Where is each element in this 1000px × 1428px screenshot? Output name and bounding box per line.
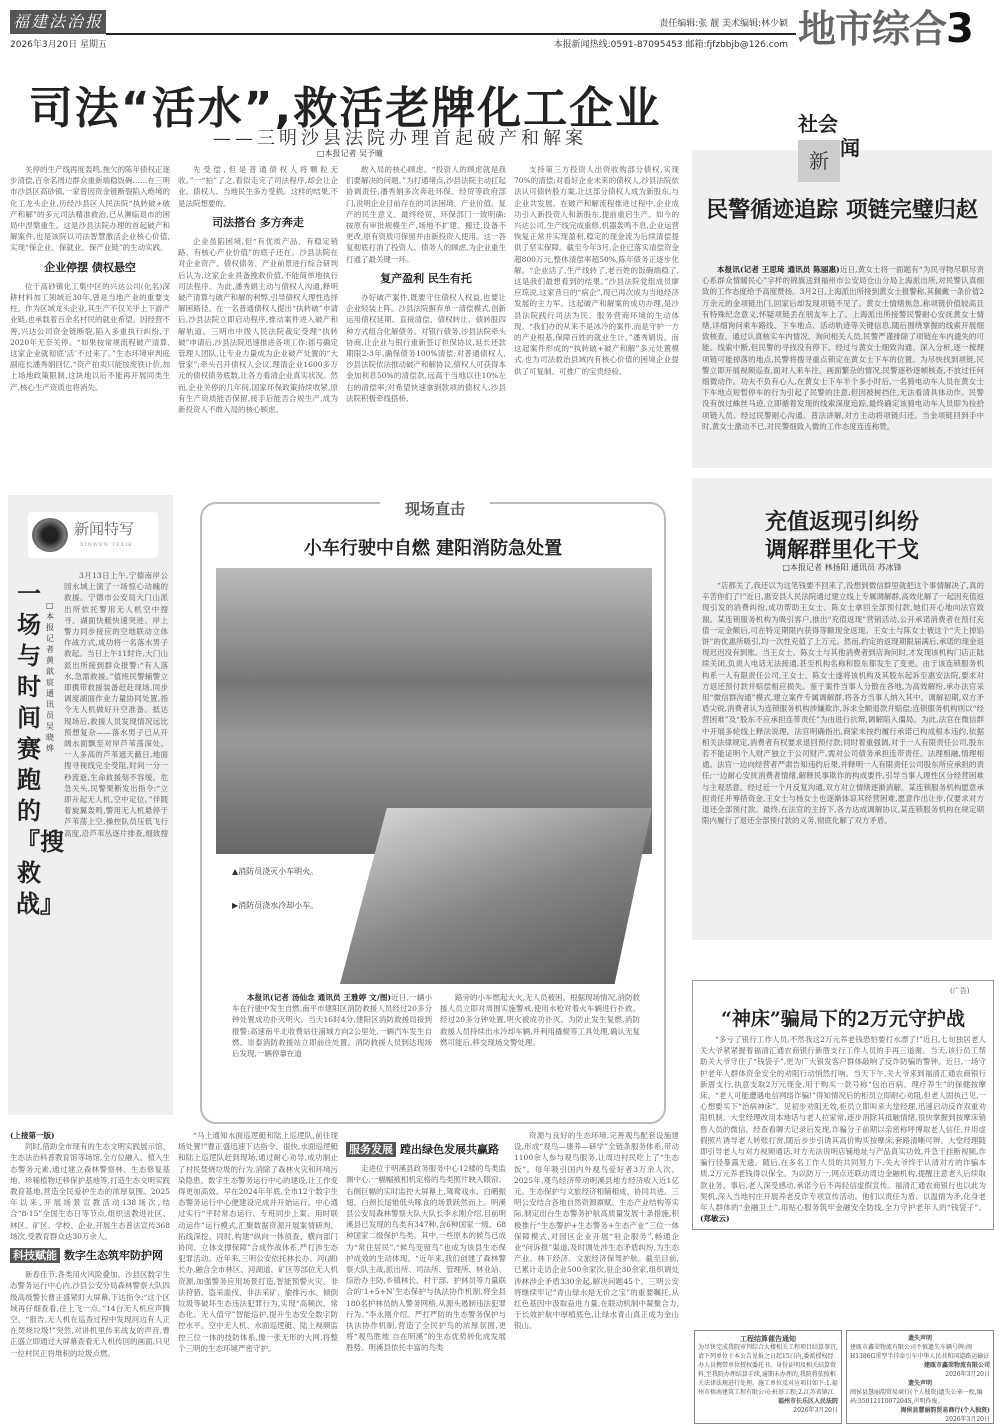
- notice-lost-title-2: 遗失声明: [850, 1379, 990, 1388]
- notice-settlement-sign: 福州市长乐区人民法院: [698, 1397, 838, 1406]
- scene-body-right: 路旁的小车燃起大火,无人员被困。根据现场情况,消防救援人员立即对周围实施警戒,使…: [440, 992, 640, 1072]
- eco-column-4: 资源与良好的生态环境,完善观鸟配套设施建设,形成“观鸟—康养—研学”全链条服务体…: [514, 1130, 679, 1420]
- lead-paragraph: 支持第三方投资人出资收购部分债权,实现70%的清偿;对看好企业未来的债权人,沙县…: [514, 164, 679, 377]
- notice-lost: 遗失声明 建瓯市鑫荣物流有限公司不慎遗失车辆号牌:闽H1386G重型半挂牵引车中…: [846, 1330, 994, 1424]
- eco-badge-1: 科技赋能: [10, 1248, 60, 1263]
- recharge-headline: 充值返现引纠纷调解群里化干戈: [692, 508, 992, 564]
- recharge-body: “店都关了,我还以为这笔钱要不回来了,没想到微信群里就把这个事情解决了,真的辛苦…: [702, 580, 984, 932]
- eco-subhead-1-text: 数字生态筑牢防护网: [64, 1249, 163, 1262]
- lead-subtitle: ——三明沙县法院办理首起破产和解案: [150, 124, 650, 150]
- social-news-byline: 本报讯(记者 王思琦 通讯员 陈丽惠): [717, 265, 840, 274]
- lead-column-3: 敢入局的核心顾虑。“投资人的顾虑就是我们要解决的问题。”为打通堵点,沙县法院主动…: [346, 164, 506, 482]
- photo-caption-1: ▲消防员浇灭小车明火。: [232, 866, 322, 878]
- feature-byline: □本报记者 黄歆宸 通讯员 吴晓烨: [46, 600, 58, 754]
- lead-column-1: 关停的生产线再度轰鸣,拖欠的陈年债权正逐步清偿,百余名周边群众重新端稳饭碗……在…: [10, 164, 170, 482]
- scene-headline: 小车行驶中自燃 建阳消防急处置: [200, 534, 666, 560]
- feature-text: 3月13日上午,宁德南岸公园水域上演了一场惊心动魄的救援。宁德市公安局大门山派出…: [64, 570, 168, 840]
- eco-paragraph: 新春佳节,各类用火风险叠加。沙县区数字生态警务运行中心内,沙县公安分局森林警察大…: [10, 1269, 170, 1359]
- eco-paragraph: “马上通知水面巡逻艇和陆上巡逻队,前往现场处置!”曹正盛迅速下达指令。很快,水面…: [178, 1130, 338, 1354]
- section-name: 地市综合: [798, 6, 946, 51]
- eco-column-3: 服务发展蹚出绿色发展共赢路 走进位于明溪县政务服务中心12楼的鸟类监测中心,一幅…: [346, 1130, 506, 1420]
- ad-tag: (广告): [950, 986, 969, 996]
- social-news-xin: 新: [798, 140, 840, 182]
- recharge-headline-line2: 调解群里化干戈: [692, 536, 992, 564]
- ad-body: “多亏了银行工作人员,不然我这2万元养老钱恐怕要打水漂了!”近日,七旬独居老人关…: [700, 1034, 986, 1224]
- eco-paragraph: 走进位于明溪县政务服务中心12楼的鸟类监测中心,一幅幅被相机定格的鸟类照片映入眼…: [346, 1163, 506, 1353]
- lead-subhead-3: 复产盈利 民生有托: [346, 273, 506, 284]
- social-news-label: 社会: [798, 108, 838, 137]
- lead-byline: □本报记者 吴予曈: [250, 148, 450, 159]
- notice-lost-title-1: 遗失声明: [850, 1334, 990, 1343]
- eco-subhead-1: 科技赋能数字生态筑牢防护网: [10, 1250, 170, 1261]
- scene-badge: 现场直击: [380, 496, 490, 522]
- social-news-body: 本报讯(记者 王思琦 通讯员 陈丽惠)近日,黄女士将一面题有“为民寻物尽职尽责 …: [702, 264, 984, 460]
- newspaper-logo: 福建法治报: [10, 10, 106, 34]
- eco-column-2: “马上通知水面巡逻艇和陆上巡逻队,前往现场处置!”曹正盛迅速下达指令。很快,水面…: [178, 1130, 338, 1420]
- ad-headline: “神床”骗局下的2万元守护战: [692, 1004, 994, 1031]
- eco-subhead-2-text: 蹚出绿色发展共赢路: [400, 1143, 499, 1156]
- eco-paragraph: 同时,借助全市现有的生态文明实践展示馆、生态法治科普教育馆等场馆,全方位融入、植…: [10, 1141, 170, 1242]
- lead-paragraph: 敢入局的核心顾虑。“投资人的顾虑就是我们要解决的问题。”为打通堵点,沙县法院主动…: [346, 164, 506, 265]
- ad-text: “多亏了银行工作人员,不然我这2万元养老钱恐怕要打水漂了!”近日,七旬独居老人关…: [700, 1035, 986, 1212]
- recharge-byline: □本报记者 林扬阳 通讯员 苏冰锋: [692, 562, 992, 573]
- photo-caption-2: ▶消防员浇水冷却小车。: [232, 900, 322, 912]
- feature-headline: 一场与时间赛跑的『搜救战』: [16, 578, 42, 919]
- lead-paragraph: 办好破产案件,既要守住债权人权益,也要让企业轻装上阵。沙县法院摒弃单一清偿模式,…: [346, 292, 506, 404]
- notice-lost-date-1: 2026年3月20日: [850, 1370, 990, 1379]
- page-number: 3: [946, 6, 973, 52]
- issue-date: 2026年3月20日 星期五: [10, 37, 107, 50]
- lead-column-4: 支持第三方投资人出资收购部分债权,实现70%的清偿;对看好企业未来的债权人,沙县…: [514, 164, 679, 482]
- feature-logo-text: 新闻特写: [74, 518, 134, 539]
- notice-lost-sign-1: 建瓯市鑫荣物流有限公司: [850, 1361, 990, 1370]
- lead-column-2: 先受偿,但是普通债权人将颗粒无收。”一“拍”了之,看似走完了司法程序,却会让企业…: [178, 164, 338, 482]
- feature-logo: 新闻特写 XINWEN TEXIE: [28, 512, 158, 558]
- eco-paragraph: 资源与良好的生态环境,完善观鸟配套设施建设,形成“观鸟—康养—研学”全链条服务体…: [514, 1130, 679, 1332]
- notice-lost-body-2: 闽侯县慧丽韵贸易商行(个人独资)遗失公章一枚,编码:3501211007204S…: [850, 1388, 990, 1406]
- recharge-text: “店都关了,我还以为这笔钱要不回来了,没想到微信群里就把这个事情解决了,真的辛苦…: [702, 580, 984, 826]
- notice-lost-body-1: 建瓯市鑫荣物流有限公司不慎遗失车辆号牌:闽H1386G重型半挂牵引车中华人民共和…: [850, 1343, 990, 1361]
- social-news-wen: 闻: [840, 132, 860, 161]
- eco-column-1: (上接第一版) 同时,借助全市现有的生态文明实践展示馆、生态法治科普教育馆等场馆…: [10, 1130, 170, 1420]
- social-news-text: 近日,黄女士将一面题有“为民寻物尽职尽责 心系群众情暖民心”字样的锦旗送到福州市…: [702, 265, 984, 431]
- scene-byline: 本报讯(记者 汤仙念 通讯员 王雅婷 文/图): [247, 993, 391, 1002]
- lead-subhead-1: 企业停摆 债权悬空: [10, 262, 170, 273]
- lead-subhead-2: 司法搭台 多方奔走: [178, 217, 338, 228]
- eco-subhead-2: 服务发展蹚出绿色发展共赢路: [346, 1144, 506, 1155]
- lead-paragraph: 先受偿,但是普通债权人将颗粒无收。”一“拍”了之,看似走完了司法程序,却会让企业…: [178, 164, 338, 209]
- editors-credit: 责任编辑:张 靓 美术编辑:林少颖: [659, 16, 788, 29]
- scene-photo-2: [340, 808, 652, 984]
- scene-text: 路旁的小车燃起大火,无人员被困。根据现场情况,消防救援人员立即对周围实施警戒,使…: [440, 992, 640, 1048]
- feature-logo-en: XINWEN TEXIE: [80, 542, 133, 548]
- notice-lost-date-2: 2026年3月20日: [850, 1415, 990, 1424]
- masthead-rule: [106, 33, 796, 35]
- notice-lost-sign-2: 闽侯县慧丽韵贸易商行(个人独资): [850, 1406, 990, 1415]
- notice-settlement: 工程结算催告通知 为尽快完成我院审判综合大楼相关工程项目结算事宜,请下列单位于本…: [694, 1330, 842, 1424]
- lead-paragraph: 企业虽陷困境,但“有优质产品、有稳定销路、有核心产业价值”的底子还在。沙县法院在…: [178, 236, 338, 415]
- notice-settlement-title: 工程结算催告通知: [698, 1334, 838, 1343]
- social-news-headline: 民警循迹追踪 项链完璧归赵: [692, 196, 992, 224]
- feature-body-top: 3月13日上午,宁德南岸公园水域上演了一场惊心动魄的救援。宁德市公安局大门山派出…: [64, 570, 168, 840]
- lead-paragraph: 关停的生产线再度轰鸣,拖欠的陈年债权正逐步清偿,百余名周边群众重新端稳饭碗……在…: [10, 164, 170, 254]
- recharge-headline-line1: 充值返现引纠纷: [692, 508, 992, 536]
- lead-paragraph: 位于高砂镇化工集中区的兴达公司(化名)深耕材料加工领域近30年,曾是当地产业的重…: [10, 281, 170, 393]
- ad-author: (郑敏云): [700, 1214, 730, 1223]
- notice-settlement-date: 2026年3月20日: [698, 1406, 838, 1415]
- camera-icon: [32, 518, 68, 552]
- eco-badge-2: 服务发展: [346, 1142, 396, 1157]
- hotline-contact: 本报新闻热线:0591-87095453 邮箱:fjfzbbjb@126.com: [554, 37, 788, 50]
- continued-label: (上接第一版): [10, 1130, 170, 1141]
- scene-body-left: 本报讯(记者 汤仙念 通讯员 王雅婷 文/图)近日,一辆小车在行驶中发生自燃,南…: [232, 992, 432, 1072]
- notice-settlement-body: 为尽快完成我院审判综合大楼相关工程项目结算事宜,请下列单位于本公告见报之日起15…: [698, 1343, 838, 1397]
- scene-text: 近日,一辆小车在行驶中发生自燃,南平市建阳区消防救援人员经过20多分钟处置成功扑…: [232, 993, 432, 1058]
- section-title: 地市综合3: [798, 8, 973, 50]
